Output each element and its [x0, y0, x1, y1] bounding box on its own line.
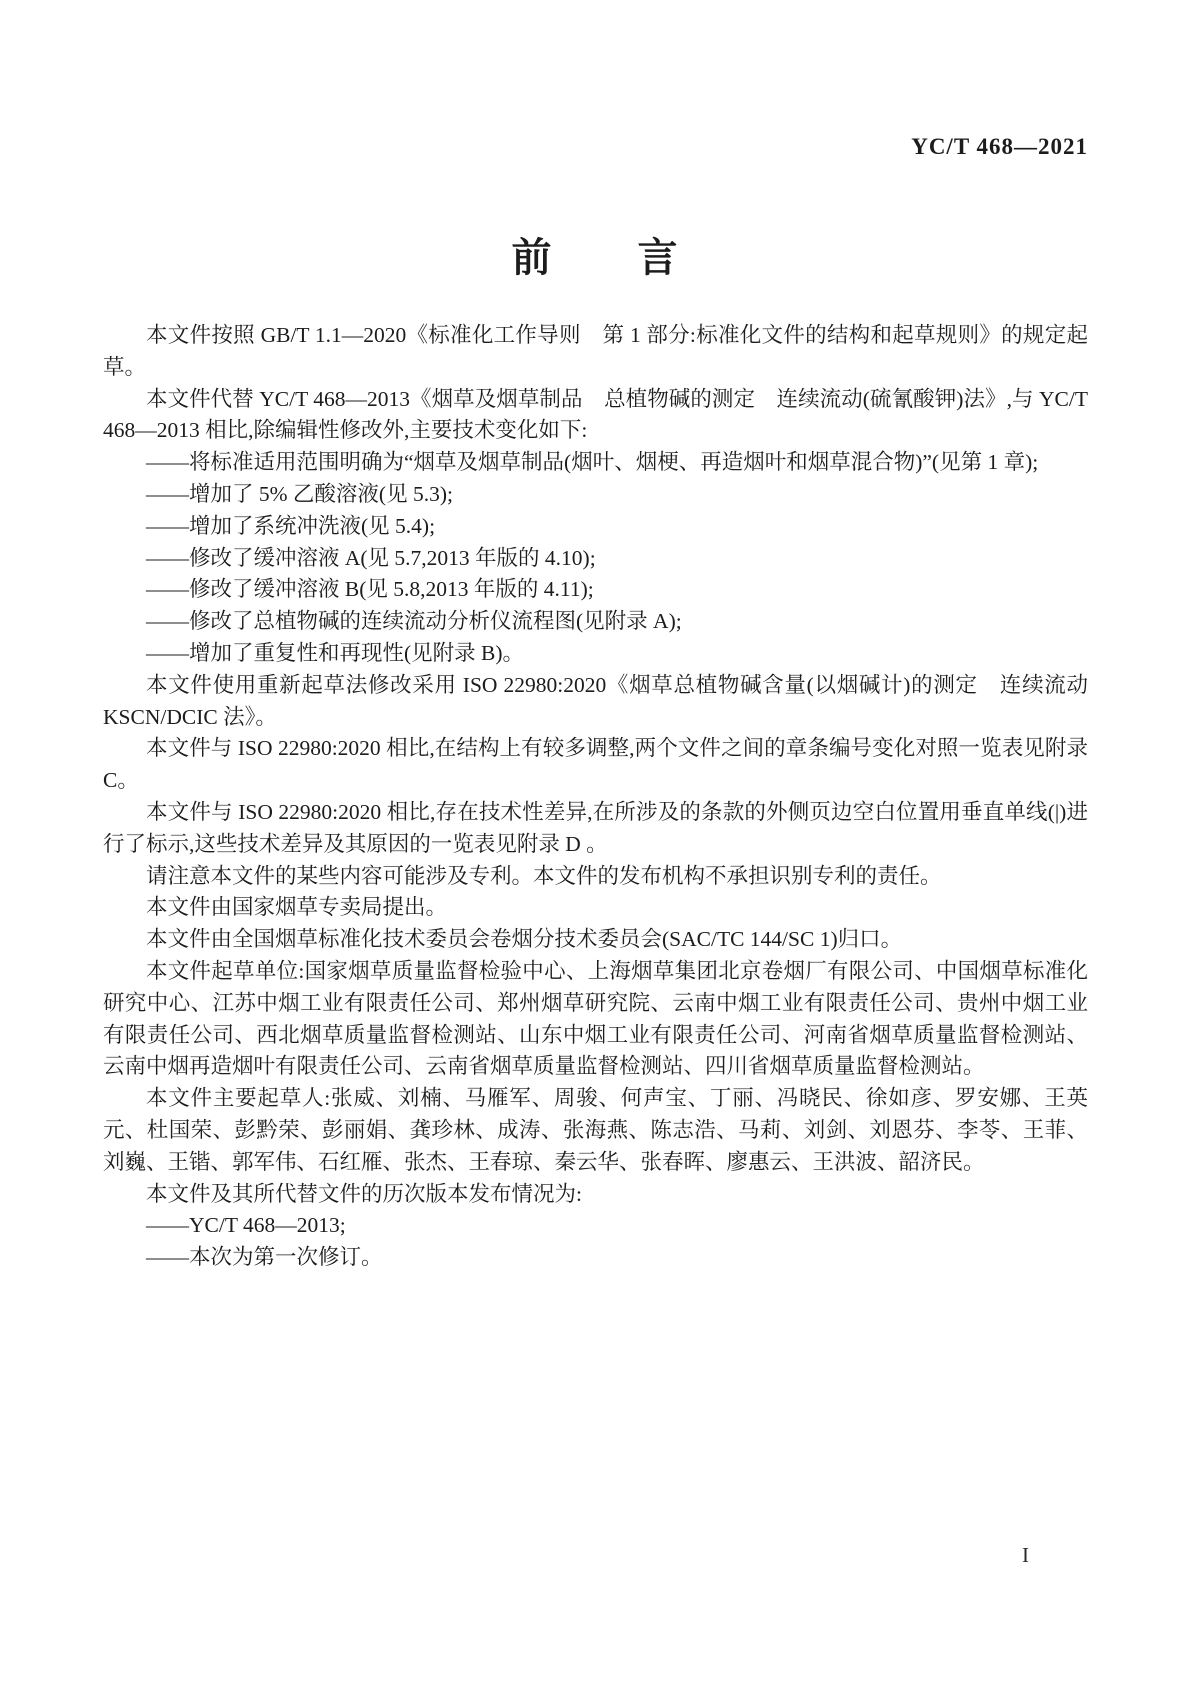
standard-number: YC/T 468—2021 [911, 134, 1088, 160]
document-body: 本文件按照 GB/T 1.1—2020《标准化工作导则 第 1 部分:标准化文件… [103, 320, 1088, 1274]
paragraph: 本文件起草单位:国家烟草质量监督检验中心、上海烟草集团北京卷烟厂有限公司、中国烟… [103, 956, 1088, 1083]
change-list-item: ——修改了缓冲溶液 A(见 5.7,2013 年版的 4.10); [103, 543, 1088, 575]
change-list-item: ——修改了总植物碱的连续流动分析仪流程图(见附录 A); [103, 606, 1088, 638]
document-page: YC/T 468—2021 前 言 本文件按照 GB/T 1.1—2020《标准… [0, 0, 1191, 1684]
paragraph: 本文件由国家烟草专卖局提出。 [103, 892, 1088, 924]
change-list-item: ——增加了系统冲洗液(见 5.4); [103, 511, 1088, 543]
page-title: 前 言 [0, 226, 1191, 283]
change-list-item: ——将标准适用范围明确为“烟草及烟草制品(烟叶、烟梗、再造烟叶和烟草混合物)”(… [103, 447, 1088, 479]
paragraph: 本文件代替 YC/T 468—2013《烟草及烟草制品 总植物碱的测定 连续流动… [103, 384, 1088, 448]
page-number: I [1022, 1543, 1029, 1568]
paragraph: 本文件与 ISO 22980:2020 相比,在结构上有较多调整,两个文件之间的… [103, 733, 1088, 797]
paragraph: 本文件由全国烟草标准化技术委员会卷烟分技术委员会(SAC/TC 144/SC 1… [103, 924, 1088, 956]
paragraph: 本文件主要起草人:张威、刘楠、马雁军、周骏、何声宝、丁丽、冯晓民、徐如彦、罗安娜… [103, 1083, 1088, 1178]
paragraph: 本文件及其所代替文件的历次版本发布情况为: [103, 1179, 1088, 1211]
change-list-item: ——修改了缓冲溶液 B(见 5.8,2013 年版的 4.11); [103, 574, 1088, 606]
change-list-item: ——YC/T 468—2013; [103, 1210, 1088, 1242]
paragraph: 请注意本文件的某些内容可能涉及专利。本文件的发布机构不承担识别专利的责任。 [103, 861, 1088, 893]
paragraph: 本文件按照 GB/T 1.1—2020《标准化工作导则 第 1 部分:标准化文件… [103, 320, 1088, 384]
change-list-item: ——增加了重复性和再现性(见附录 B)。 [103, 638, 1088, 670]
paragraph: 本文件与 ISO 22980:2020 相比,存在技术性差异,在所涉及的条款的外… [103, 797, 1088, 861]
change-list-item: ——本次为第一次修订。 [103, 1242, 1088, 1274]
change-list-item: ——增加了 5% 乙酸溶液(见 5.3); [103, 479, 1088, 511]
paragraph: 本文件使用重新起草法修改采用 ISO 22980:2020《烟草总植物碱含量(以… [103, 670, 1088, 734]
